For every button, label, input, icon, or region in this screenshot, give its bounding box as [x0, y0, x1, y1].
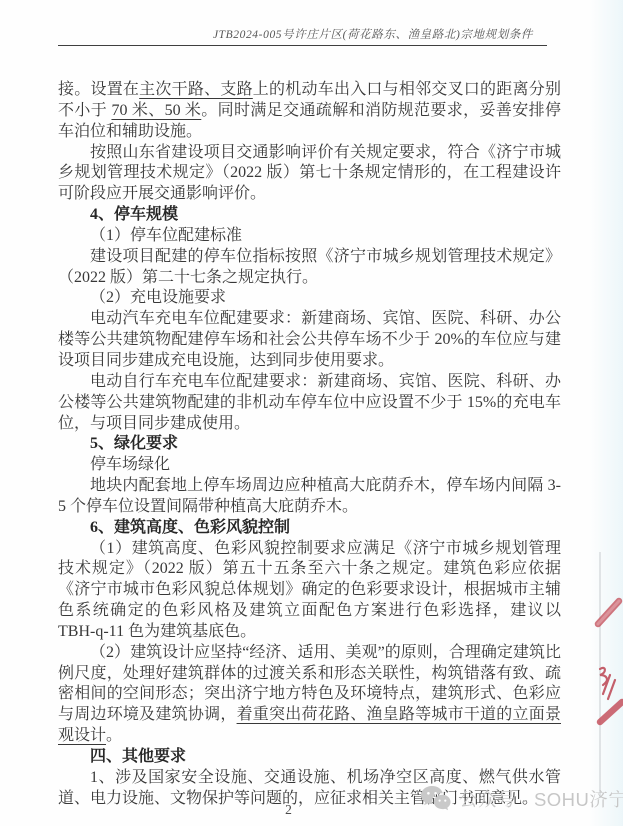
paragraph: 按照山东省建设项目交通影响评价有关规定要求，符合《济宁市城乡规划管理技术规定》（… — [58, 143, 561, 206]
scanned-page: JTB2024-005号许庄片区(荷花路东、渔皇路北)宗地规划条件 接。设置在主… — [0, 0, 623, 826]
scan-edge-tint — [589, 0, 623, 826]
text-run: （1）建筑高度、色彩风貌控制要求应满足《济宁市城乡规划管理技术规定》（2022 … — [58, 540, 561, 640]
text-run: 停车场绿化 — [90, 456, 170, 473]
text-run: 5、绿化要求 — [90, 435, 178, 452]
text-run: 接。设置在 — [58, 81, 139, 98]
watermark: 公众号 · SOHU济宁 — [420, 785, 623, 812]
watermark-text: 公众号 · SOHU济宁 — [459, 786, 623, 812]
section-heading: 四、其他要求 — [58, 747, 561, 768]
paragraph: （2）建筑设计应坚持“经济、适用、美观”的原则，合理确定建筑比例尺度，处理好建筑… — [58, 643, 561, 747]
paragraph: 地块内配套地上停车场周边应种植高大庇荫乔木，停车场内间隔 3-5 个停车位设置间… — [58, 476, 561, 518]
text-run: 按照山东省建设项目交通影响评价有关规定要求，符合《济宁市城乡规划管理技术规定》（… — [58, 144, 561, 203]
document-body: 接。设置在主次干路、支路上的机动车出入口与相邻交叉口的距离分别不小于 70 米、… — [58, 80, 561, 810]
text-run: 电动汽车充电车位配建要求：新建商场、宾馆、医院、科研、办公楼等公共建筑物配建停车… — [58, 310, 561, 369]
underlined-text: 主次干路、支路 — [139, 81, 253, 98]
section-heading: 5、绿化要求 — [58, 434, 561, 455]
text-run: 建设项目配建的停车位指标按照《济宁市城乡规划管理技术规定》（2022 版）第二十… — [58, 248, 561, 286]
underlined-text: 70 米、50 米 — [111, 102, 201, 119]
document-header-title: JTB2024-005号许庄片区(荷花路东、渔皇路北)宗地规划条件 — [58, 26, 547, 42]
text-run: （2）充电设施要求 — [90, 289, 226, 306]
paragraph: （1）停车位配建标准 — [58, 226, 561, 247]
text-run: 地块内配套地上停车场周边应种植高大庇荫乔木，停车场内间隔 3-5 个停车位设置间… — [58, 477, 561, 515]
text-run: 。 — [106, 727, 122, 744]
section-heading: 4、停车规模 — [58, 205, 561, 226]
paragraph: （2）充电设施要求 — [58, 288, 561, 309]
section-heading: 6、建筑高度、色彩风貌控制 — [58, 518, 561, 539]
header-rule — [58, 45, 547, 46]
paragraph: 接。设置在主次干路、支路上的机动车出入口与相邻交叉口的距离分别不小于 70 米、… — [58, 80, 561, 143]
page-fold-line — [599, 552, 601, 798]
wechat-icon — [420, 785, 452, 812]
stamp-fragment — [594, 595, 623, 727]
text-run: （1）停车位配建标准 — [90, 227, 242, 244]
paragraph: 停车场绿化 — [58, 455, 561, 476]
paragraph: 建设项目配建的停车位指标按照《济宁市城乡规划管理技术规定》（2022 版）第二十… — [58, 247, 561, 289]
paragraph: （1）建筑高度、色彩风貌控制要求应满足《济宁市城乡规划管理技术规定》（2022 … — [58, 539, 561, 643]
text-run: 6、建筑高度、色彩风貌控制 — [90, 519, 290, 536]
text-run: 四、其他要求 — [90, 748, 186, 765]
paragraph: 电动汽车充电车位配建要求：新建商场、宾馆、医院、科研、办公楼等公共建筑物配建停车… — [58, 309, 561, 372]
paragraph: 电动自行车充电车位配建要求：新建商场、宾馆、医院、科研、办公楼等公共建筑物配建的… — [58, 372, 561, 435]
text-run: 4、停车规模 — [90, 206, 178, 223]
text-run: 电动自行车充电车位配建要求：新建商场、宾馆、医院、科研、办公楼等公共建筑物配建的… — [58, 373, 561, 432]
